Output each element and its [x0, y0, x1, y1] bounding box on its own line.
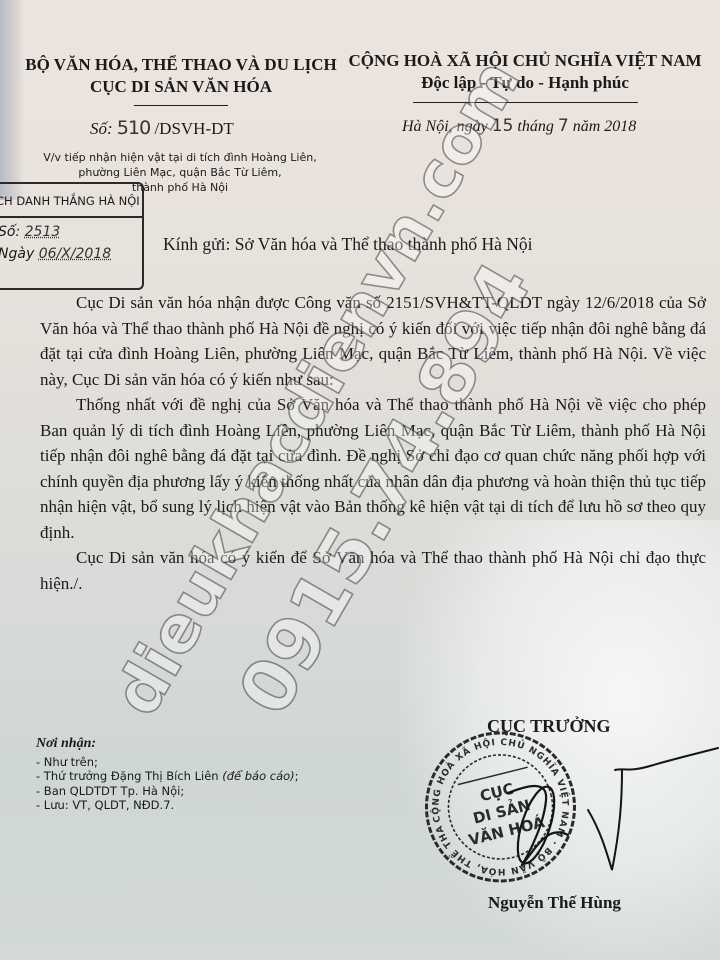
body-paragraph-3: Cục Di sản văn hóa có ý kiến để Sở Văn h… — [40, 545, 706, 596]
distribution-list: Nơi nhận: - Như trên; - Thứ trưởng Đặng … — [36, 737, 299, 813]
issuing-agency-header: BỘ VĂN HÓA, THỂ THAO VÀ DU LỊCH CỤC DI S… — [22, 54, 340, 106]
received-stamp-number: Số: 2513 — [0, 218, 142, 240]
distribution-item: - Thứ trưởng Đặng Thị Bích Liên (để báo … — [36, 769, 299, 784]
motto: Độc lập - Tự do - Hạnh phúc — [340, 72, 710, 94]
date-day: 15 — [492, 116, 514, 136]
official-seal: CỘNG HOÀ XÃ HỘI CHỦ NGHĨA VIỆT NAM · BỘ … — [418, 725, 583, 885]
addressee: Kính gửi: Sở Văn hóa và Thể thao thành p… — [163, 234, 533, 255]
distribution-item-note: (để báo cáo) — [222, 769, 294, 783]
department-name: CỤC DI SẢN VĂN HÓA — [22, 76, 340, 98]
subject-line-1: V/v tiếp nhận hiện vật tại di tích đình … — [10, 150, 350, 165]
date-month: 7 — [558, 116, 569, 136]
received-date-value: 06/X/2018 — [39, 246, 111, 262]
distribution-item: - Ban QLDTDT Tp. Hà Nội; — [36, 784, 299, 799]
received-number-value: 2513 — [25, 224, 61, 240]
letter-body: Cục Di sản văn hóa nhận được Công văn số… — [40, 290, 706, 596]
received-date-label: Ngày — [0, 246, 34, 262]
ministry-name: BỘ VĂN HÓA, THỂ THAO VÀ DU LỊCH — [22, 54, 340, 76]
received-stamp-header: CH DANH THẮNG HÀ NỘI — [0, 184, 142, 218]
distribution-item: - Lưu: VT, QLDT, NĐD.7. — [36, 798, 299, 813]
distribution-title: Nơi nhận: — [36, 737, 299, 752]
document-number-handwritten: 510 — [117, 117, 150, 139]
date-month-label: tháng — [517, 118, 553, 135]
date-prefix: Hà Nội, ngày — [402, 118, 488, 135]
body-paragraph-2: Thống nhất với đề nghị của Sở Văn hóa và… — [40, 392, 706, 545]
subject-line-2: phường Liên Mạc, quận Bắc Từ Liêm, — [10, 165, 350, 180]
received-stamp-date: Ngày 06/X/2018 — [0, 240, 142, 262]
signature-tail — [560, 740, 720, 890]
date-year: năm 2018 — [573, 118, 637, 135]
document-number: Số: 510 /DSVH-DT — [90, 117, 234, 139]
body-paragraph-1: Cục Di sản văn hóa nhận được Công văn số… — [40, 290, 706, 392]
received-number-label: Số: — [0, 224, 20, 240]
issue-date: Hà Nội, ngày 15 tháng 7 năm 2018 — [402, 116, 636, 136]
national-motto-header: CỘNG HOÀ XÃ HỘI CHỦ NGHĨA VIỆT NAM Độc l… — [340, 50, 710, 103]
received-stamp: CH DANH THẮNG HÀ NỘI Số: 2513 Ngày 06/X/… — [0, 182, 144, 290]
signatory-name: Nguyễn Thế Hùng — [488, 893, 621, 913]
document-number-label: Số: — [90, 119, 113, 138]
distribution-item-text: - Thứ trưởng Đặng Thị Bích Liên — [36, 769, 219, 783]
distribution-item: - Như trên; — [36, 755, 299, 770]
country-name: CỘNG HOÀ XÃ HỘI CHỦ NGHĨA VIỆT NAM — [340, 50, 710, 72]
motto-divider — [413, 102, 638, 103]
distribution-item-end: ; — [295, 769, 299, 783]
document-number-suffix: /DSVH-DT — [154, 119, 233, 138]
header-divider — [134, 105, 228, 106]
